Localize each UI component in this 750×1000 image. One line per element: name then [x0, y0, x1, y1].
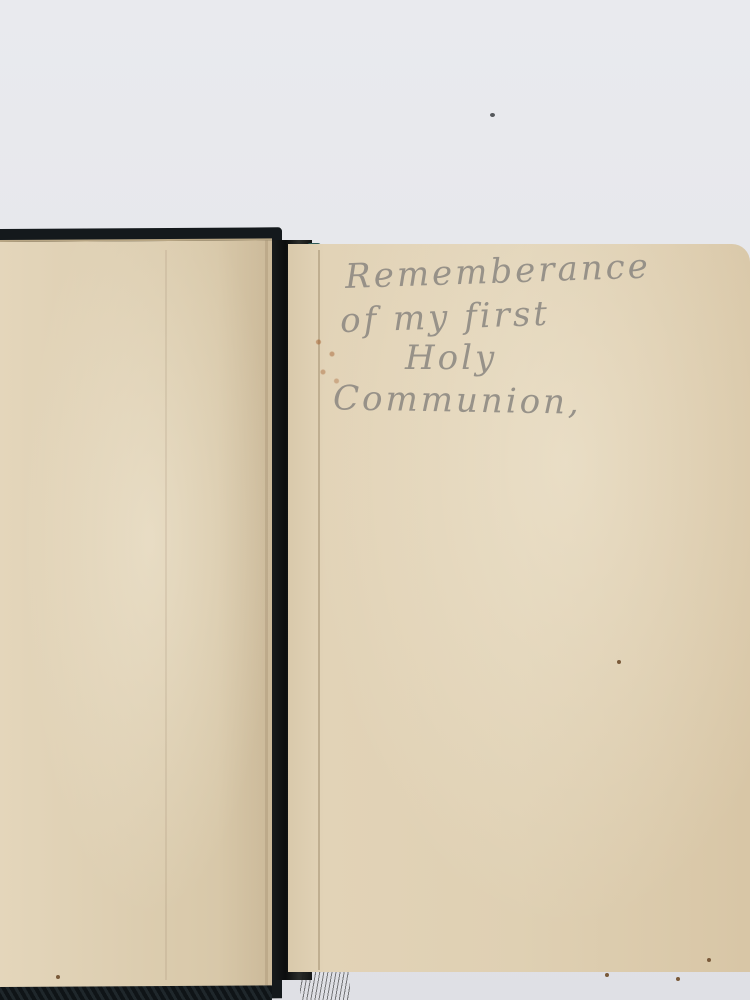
paper-speck: [56, 975, 60, 979]
bookmark-ribbon-fibers: [300, 972, 350, 1000]
dust-speck: [490, 113, 495, 117]
page-crease: [165, 250, 167, 980]
paper-speck: [605, 973, 609, 977]
paper-speck: [676, 977, 680, 981]
paper-speck: [707, 958, 711, 962]
photo-scene: Rememberance of my first Holy Communion,: [0, 0, 750, 1000]
inscription-line-3: Holy: [405, 336, 750, 380]
handwritten-inscription: Rememberance of my first Holy Communion,: [335, 248, 750, 424]
left-endpaper: [0, 238, 272, 987]
inscription-line-4: Communion,: [333, 376, 750, 427]
paper-speck: [617, 660, 621, 664]
